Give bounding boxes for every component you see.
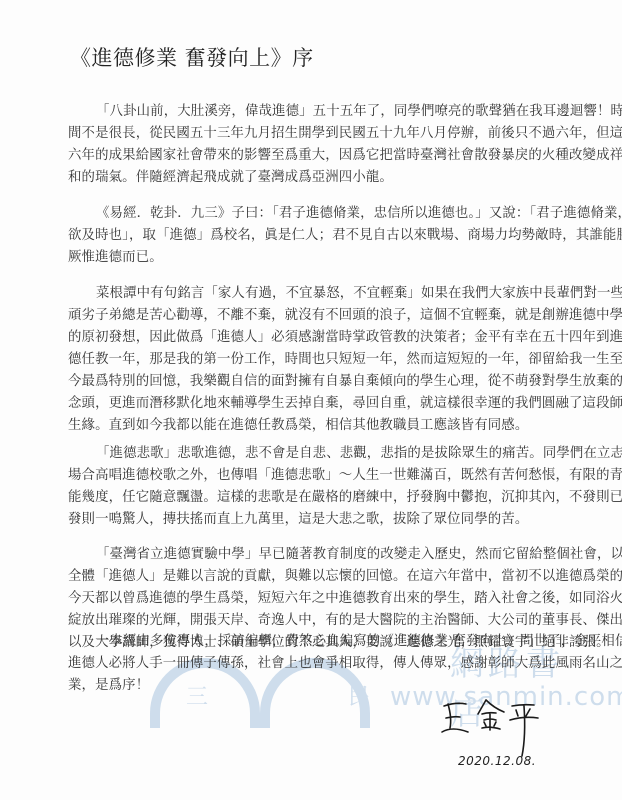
text-line: 間不是很長，從民國五十三年九月招生開學到民國五十九年八月停辦，前後只不過六年，但… — [68, 123, 558, 145]
paragraph-1: 「八卦山前，大肚溪旁，偉哉進德」五十五年了，同學們嘹亮的歌聲猶在我耳邊迴響！時 … — [68, 101, 558, 189]
text-line: 的原初發想，因此做爲「進德人」必須感謝當時掌政管教的決策者；金平有幸在五十四年到… — [68, 327, 558, 349]
paragraph-6: 一本經由多位專人，採訪編輯，費煞心血編寫的《進德修業 奮發向上》問世了，金平相信… — [68, 631, 558, 697]
text-line: 頑劣子弟總是苦心勸導，不離不棄，就沒有不回頭的浪子，這個不宜輕棄，就是創辦進德中… — [68, 305, 558, 327]
text-line: 「臺灣省立進德實驗中學」早已隨著教育制度的改變走入歷史，然而它留給整個社會，以及 — [68, 544, 558, 566]
text-line: 欲及時也」，取「進德」爲校名，眞是仁人；君不見自古以來戰場、商場力均勢敵時，其誰… — [68, 225, 558, 247]
paragraph-2: 《易經．乾卦．九三》子曰：「君子進德脩業，忠信所以進德也。」又說：「君子進德脩業… — [68, 203, 558, 269]
text-line: 一本經由多位專人，採訪編輯，費煞心血編寫的《進德修業 奮發向上》問世了，金平相信 — [68, 631, 558, 653]
signature-date: 2020.12.08. — [458, 754, 536, 768]
document-title: 《進德修業 奮發向上》序 — [70, 42, 314, 72]
text-line: 能幾度，任它隨意飄盪。這樣的悲歌是在嚴格的磨練中，抒發胸中鬱抱，沉抑其內，不發則… — [68, 487, 558, 509]
text-line: 今天都以曾爲進德的學生爲榮，短短六年之中進德教育出來的學生，踏入社會之後，如同浴… — [68, 588, 558, 610]
text-line: 六年的成果給國家社會帶來的影響至爲重大，因爲它把當時臺灣社會散發暴戾的火種改變成… — [68, 145, 558, 167]
text-line: 菜根譚中有句銘言「家人有過，不宜暴怒，不宜輕棄」如果在我們大家族中長輩們對一些 — [68, 283, 558, 305]
text-line: 「進德悲歌」悲歌進德，悲不會是自悲、悲觀，悲指的是拔除眾生的痛苦。同學們在立志 — [68, 443, 558, 465]
text-line: 進德人必將人手一冊傳子傳孫，社會上也會爭相取得，傳人傳眾，感謝彰師大爲此風雨名山… — [68, 653, 558, 675]
text-line: 場合高唱進德校歌之外，也傳唱「進德悲歌」～人生一世難滿百，既然有苦何愁悵，有限的… — [68, 465, 558, 487]
text-line: 綻放出璀璨的光輝，開張天岸、奇逸人中，有的是大醫院的主治醫師、大公司的董事長、傑… — [68, 610, 558, 632]
text-line: 德任教一年，那是我的第一份工作，時間也只短短一年，然而這短短的一年，卻留給我一生… — [68, 349, 558, 371]
text-line: 全體「進德人」是難以言說的貢獻，與難以忘懷的回憶。在這六年當中，當初不以進德爲榮… — [68, 566, 558, 588]
text-line: 今最爲特別的回憶，我樂觀自信的面對擁有自暴自棄傾向的學生心理，從不萌發對學生放棄… — [68, 371, 558, 393]
text-line: 和的瑞氣。伴隨經濟起飛成就了臺灣成爲亞洲四小龍。 — [68, 167, 558, 189]
paragraph-4: 「進德悲歌」悲歌進德，悲不會是自悲、悲觀，悲指的是拔除眾生的痛苦。同學們在立志 … — [68, 443, 558, 531]
text-line: 生緣。直到如今我都以能在進德任教爲榮，相信其他教職員工應該皆有同感。 — [68, 415, 558, 437]
text-line: 業，是爲序！ — [68, 675, 558, 697]
text-line: 念頭，更進而潛移默化地來輔導學生丟掉自棄，尋回自重，就這樣很幸運的我們圓融了這段… — [68, 393, 558, 415]
paragraph-3: 菜根譚中有句銘言「家人有過，不宜暴怒，不宜輕棄」如果在我們大家族中長輩們對一些 … — [68, 283, 558, 437]
text-line: 厥惟進德而已。 — [68, 247, 558, 269]
document-page: 《進德修業 奮發向上》序 「八卦山前，大肚溪旁，偉哉進德」五十五年了，同學們嘹亮… — [0, 0, 622, 800]
text-line: 發則一鳴驚人，摶扶搖而直上九萬里，這是大悲之歌，拔除了眾位同學的苦。 — [68, 509, 558, 531]
text-line: 「八卦山前，大肚溪旁，偉哉進德」五十五年了，同學們嘹亮的歌聲猶在我耳邊迴響！時 — [68, 101, 558, 123]
text-line: 《易經．乾卦．九三》子曰：「君子進德脩業，忠信所以進德也。」又說：「君子進德脩業… — [68, 203, 558, 225]
